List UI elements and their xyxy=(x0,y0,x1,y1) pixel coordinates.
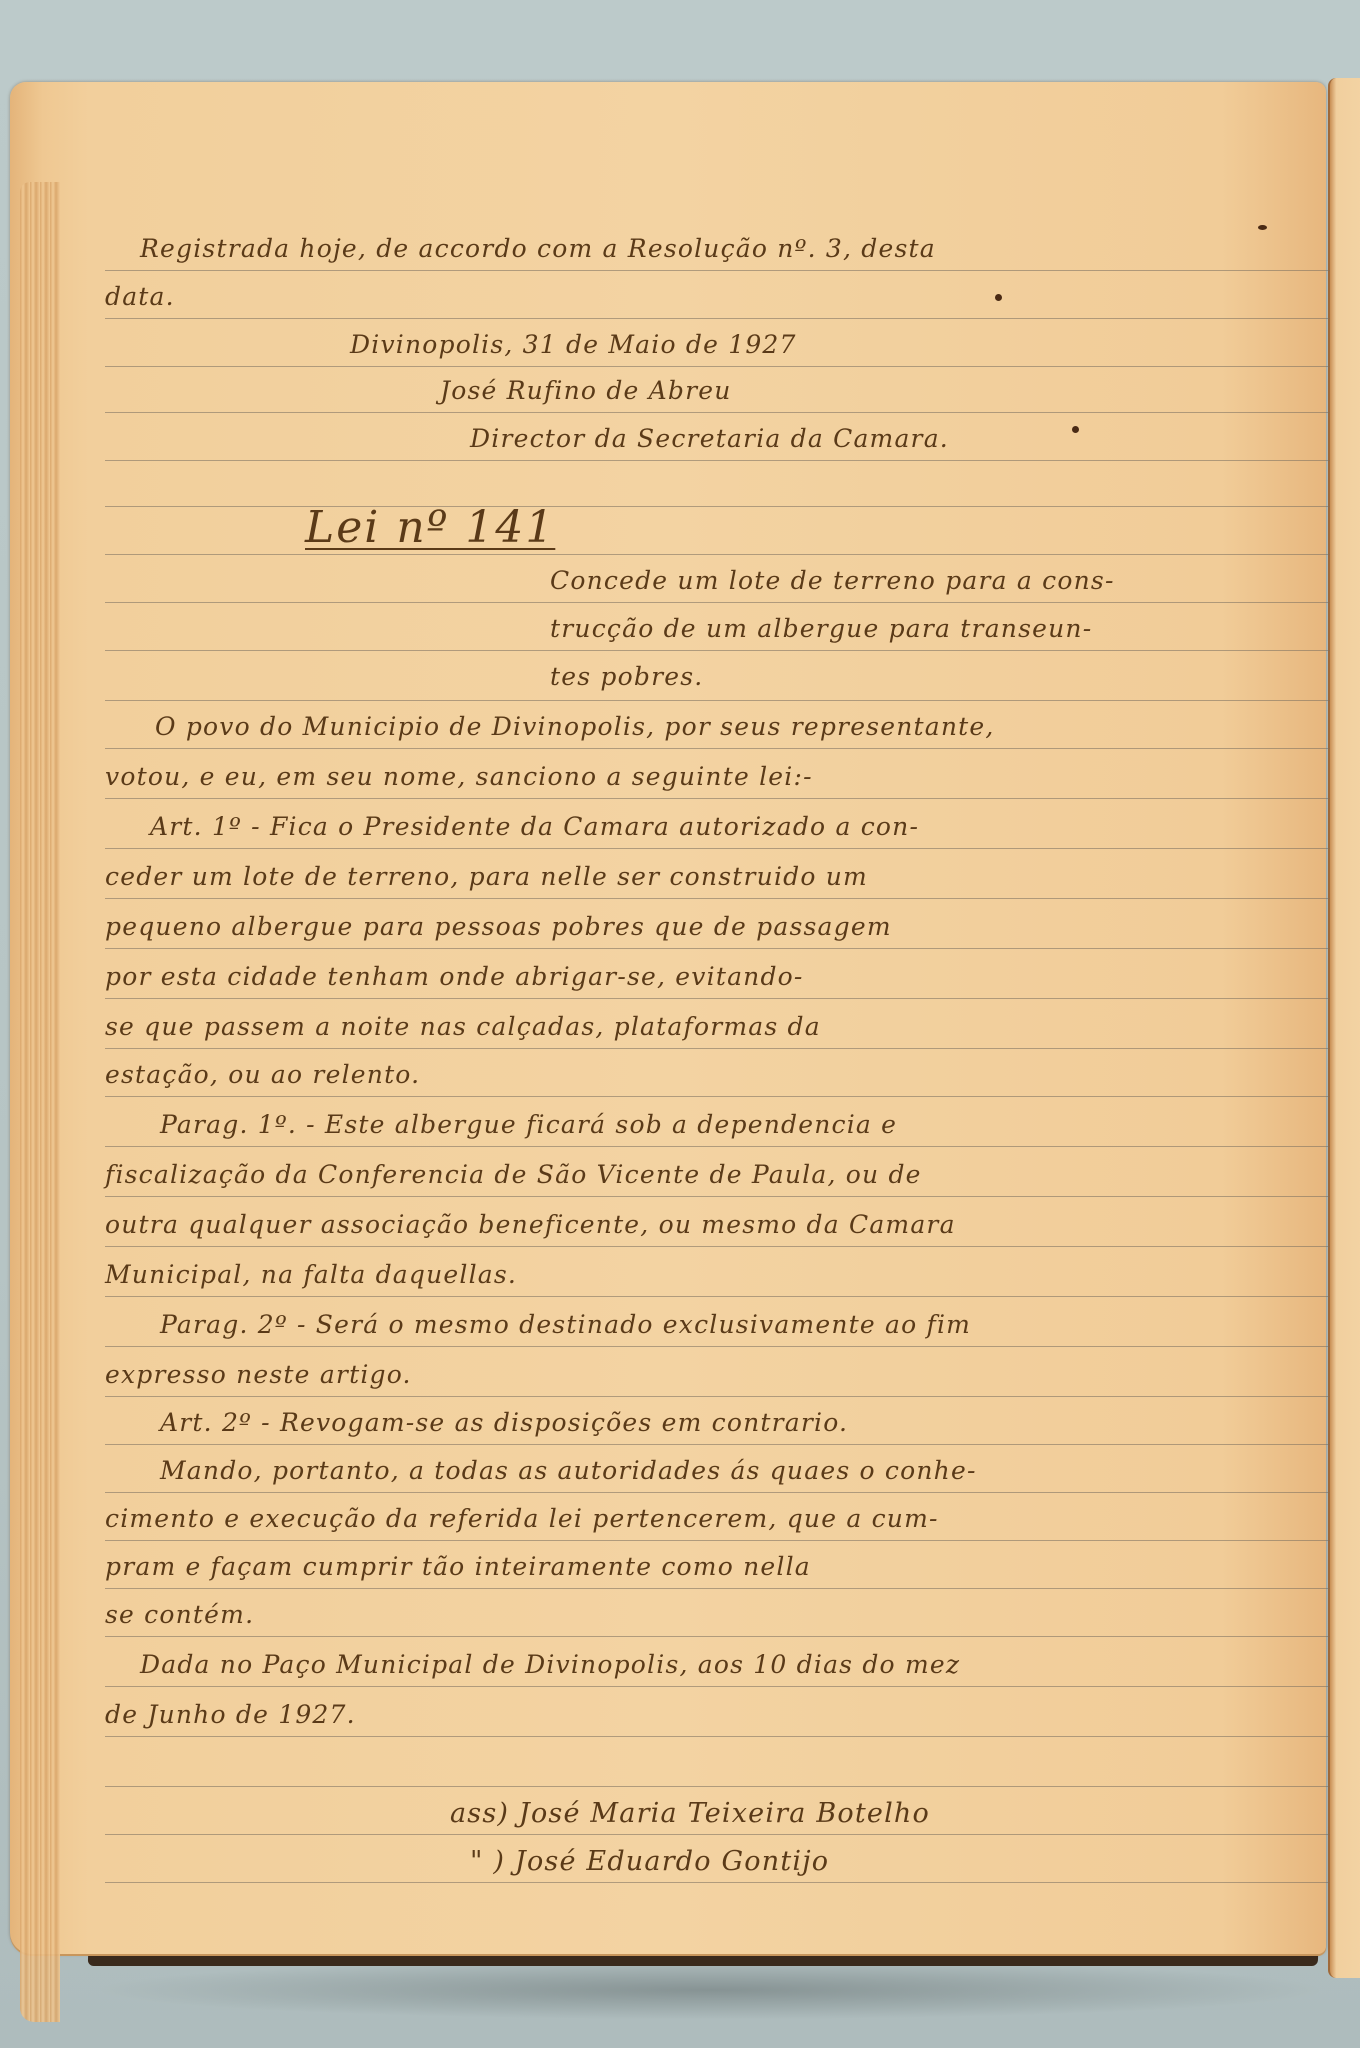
adjacent-page-edge xyxy=(1328,78,1360,1978)
paragraph-1-line: fiscalização da Conferencia de São Vicen… xyxy=(105,1160,922,1189)
article-2-line: Art. 2º - Revogam-se as disposições em c… xyxy=(160,1408,848,1437)
article-1-line: pequeno albergue para pessoas pobres que… xyxy=(105,912,892,941)
paragraph-1-line: Parag. 1º. - Este albergue ficará sob a … xyxy=(160,1110,897,1139)
article-1-line: ceder um lote de terreno, para nelle ser… xyxy=(105,862,868,891)
article-1-line: estação, ou ao relento. xyxy=(105,1060,420,1089)
ink-spot xyxy=(995,294,1002,301)
registration-place-date: Divinopolis, 31 de Maio de 1927 xyxy=(350,330,797,359)
law-summary-line: tes pobres. xyxy=(550,662,703,691)
registration-signer: José Rufino de Abreu xyxy=(440,376,732,405)
book-shadow xyxy=(90,1960,1330,2020)
paragraph-1-line: Municipal, na falta daquellas. xyxy=(105,1260,517,1289)
paragraph-1-line: outra qualquer associação beneficente, o… xyxy=(105,1210,956,1239)
book-cover-edge xyxy=(88,1952,1318,1966)
ledger-page: Registrada hoje, de accordo com a Resolu… xyxy=(10,82,1326,1954)
article-1-line: Art. 1º - Fica o Presidente da Camara au… xyxy=(150,812,919,841)
given-line: Dada no Paço Municipal de Divinopolis, a… xyxy=(140,1650,960,1679)
law-summary-line: Concede um lote de terreno para a cons- xyxy=(550,566,1115,595)
registration-line-1: Registrada hoje, de accordo com a Resolu… xyxy=(140,234,936,263)
mandate-line: Mando, portanto, a todas as autoridades … xyxy=(160,1456,977,1485)
ink-spot xyxy=(1072,426,1079,433)
article-1-line: por esta cidade tenham onde abrigar-se, … xyxy=(105,962,804,991)
paragraph-2-line: Parag. 2º - Será o mesmo destinado exclu… xyxy=(160,1310,971,1339)
preamble-line: O povo do Municipio de Divinopolis, por … xyxy=(155,712,995,741)
page-stack-edge xyxy=(20,182,60,2022)
mandate-line: pram e façam cumprir tão inteiramente co… xyxy=(105,1552,811,1581)
given-line: de Junho de 1927. xyxy=(105,1700,356,1729)
signature-mayor: ass) José Maria Teixeira Botelho xyxy=(450,1798,930,1829)
law-summary-line: trucção de um albergue para transeun- xyxy=(550,614,1092,643)
mandate-line: cimento e execução da referida lei perte… xyxy=(105,1504,939,1533)
law-title: Lei nº 141 xyxy=(305,502,555,553)
article-1-line: se que passem a noite nas calçadas, plat… xyxy=(105,1012,821,1041)
paragraph-2-line: expresso neste artigo. xyxy=(105,1360,412,1389)
signature-secretary: " ) José Eduardo Gontijo xyxy=(470,1846,829,1877)
preamble-line: votou, e eu, em seu nome, sanciono a seg… xyxy=(105,762,813,791)
registration-signer-title: Director da Secretaria da Camara. xyxy=(470,424,949,453)
registration-line-2: data. xyxy=(105,282,175,311)
mandate-line: se contém. xyxy=(105,1600,254,1629)
ink-spot xyxy=(1258,225,1267,230)
